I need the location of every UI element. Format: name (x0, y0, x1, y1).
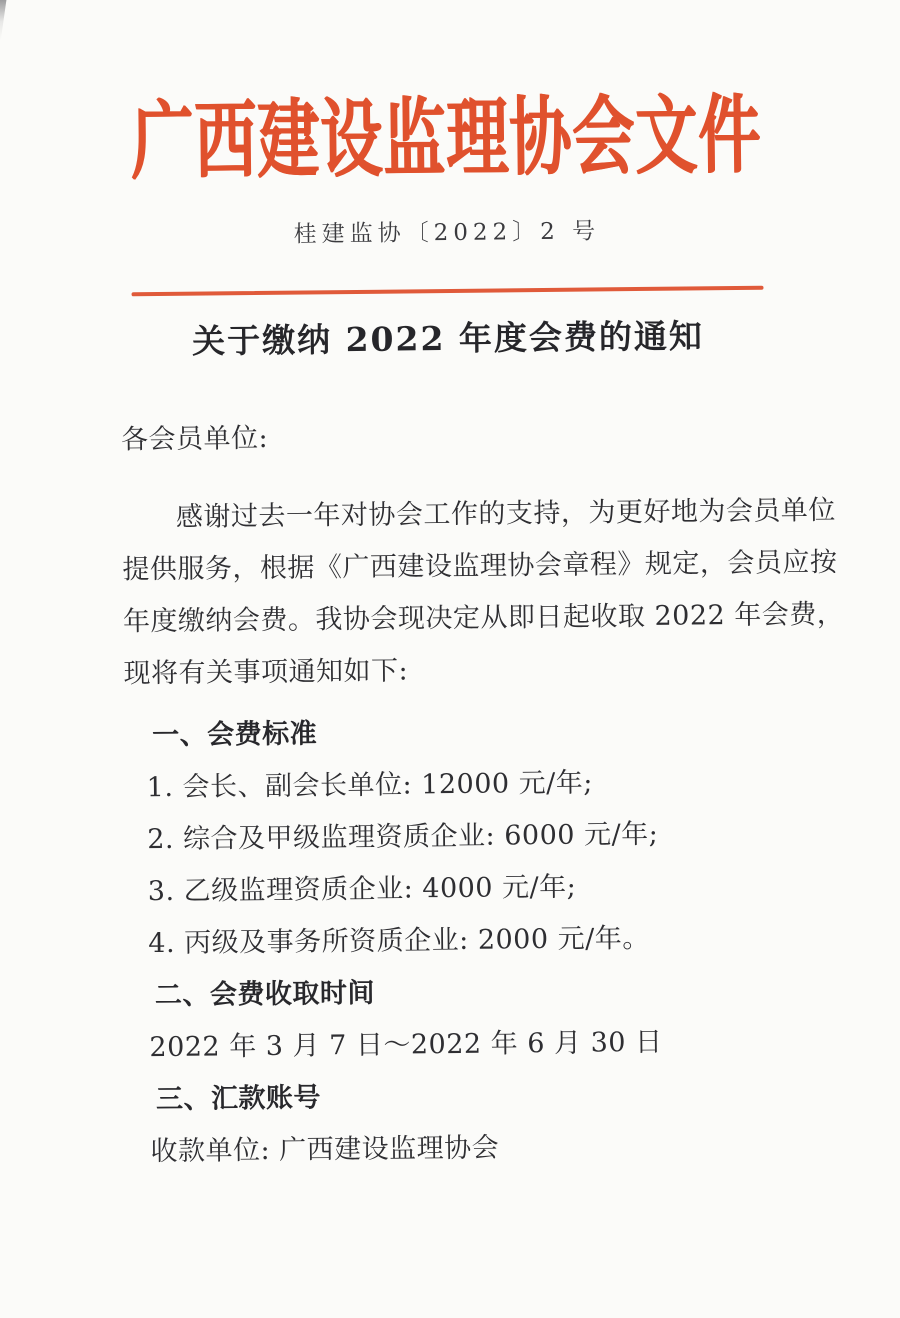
intro-line: 现将有关事项通知如下: (123, 641, 786, 700)
document-page: 广西建设监理协会文件 桂建监协〔2022〕2 号 关于缴纳 2022 年度会费的… (0, 0, 900, 1318)
section-remittance-account: 三、汇款账号 收款单位: 广西建设监理协会 (128, 1067, 791, 1178)
letterhead-title: 广西建设监理协会文件 (0, 91, 896, 186)
section-heading-collection-time: 二、会费收取时间 (127, 963, 790, 1022)
fee-item-grade-c: 4. 丙级及事务所资质企业: 2000 元/年。 (126, 911, 789, 970)
fee-item-grade-a: 2. 综合及甲级监理资质企业: 6000 元/年; (125, 807, 788, 866)
fee-item-grade-b: 3. 乙级监理资质企业: 4000 元/年; (126, 859, 789, 918)
section-collection-time: 二、会费收取时间 2022 年 3 月 7 日～2022 年 6 月 30 日 (127, 963, 790, 1074)
intro-line: 年度缴纳会费。我协会现决定从即日起收取 2022 年会费， (123, 589, 786, 648)
red-divider-line (132, 286, 764, 297)
document-number: 桂建监协〔2022〕2 号 (0, 209, 897, 251)
intro-line: 感谢过去一年对协会工作的支持，为更好地为会员单位 (122, 486, 785, 545)
collection-period: 2022 年 3 月 7 日～2022 年 6 月 30 日 (127, 1015, 790, 1074)
intro-line: 提供服务，根据《广西建设监理协会章程》规定，会员应按 (122, 538, 785, 597)
document-body: 各会员单位: 感谢过去一年对协会工作的支持，为更好地为会员单位 提供服务，根据《… (0, 406, 900, 1179)
section-fee-standard: 一、会费标准 1. 会长、副会长单位: 12000 元/年; 2. 综合及甲级监… (124, 703, 789, 970)
section-heading-fee-standard: 一、会费标准 (124, 703, 787, 762)
fee-item-president: 1. 会长、副会长单位: 12000 元/年; (124, 755, 787, 814)
notice-title: 关于缴纳 2022 年度会费的通知 (0, 312, 898, 365)
salutation: 各会员单位: (121, 408, 784, 467)
payee-name: 收款单位: 广西建设监理协会 (128, 1119, 791, 1178)
section-heading-remittance-account: 三、汇款账号 (128, 1067, 791, 1126)
intro-paragraph: 感谢过去一年对协会工作的支持，为更好地为会员单位 提供服务，根据《广西建设监理协… (122, 486, 786, 701)
